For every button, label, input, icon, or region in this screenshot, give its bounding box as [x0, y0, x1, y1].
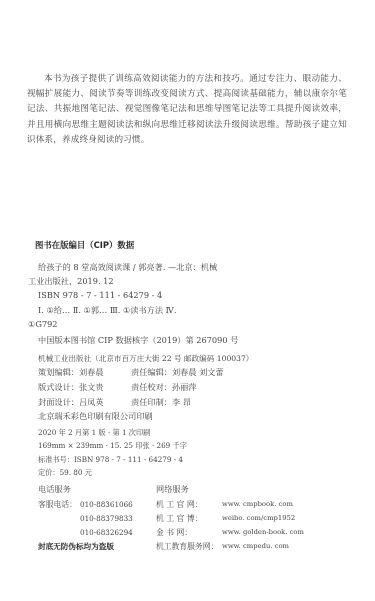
- credit-printing-supervisor: 责任印制：李 昂: [131, 397, 191, 408]
- cip-title-line2: 工业出版社，2019. 12: [28, 276, 114, 287]
- customer-phone-1: 010-88361066: [80, 500, 133, 509]
- web-link-cmpbook[interactable]: www. cmpbook. com: [222, 500, 293, 508]
- edition-print: 2020 年 2 月第 1 版 · 第 1 次印刷: [38, 428, 150, 438]
- credit-responsible-editor: 责任编辑：刘春晨 刘文蕾: [131, 367, 224, 378]
- web-label-cmpbook: 机 工 官 网：: [156, 499, 202, 510]
- credit-planning-editor: 策划编辑：刘春晨: [38, 367, 104, 378]
- web-link-golden-book[interactable]: www. golden-book. com: [222, 528, 304, 536]
- web-label-golden-book: 金 书 网：: [156, 527, 192, 538]
- edition-format: 169mm × 239mm · 15. 25 印张 · 269 千字: [38, 441, 187, 451]
- credit-cover-design: 封面设计：吕凤英: [38, 397, 104, 408]
- credit-proofreader: 责任校对：孙丽萍: [131, 382, 197, 393]
- phone-service-heading: 电话服务: [38, 484, 71, 495]
- cip-record-number: 中国版本图书馆 CIP 数据核字（2019）第 267090 号: [38, 335, 238, 346]
- cip-subjects-line2: ①G792: [28, 319, 58, 329]
- cip-subjects-line1: Ⅰ. ①给… Ⅱ. ①郭… Ⅲ. ①读书方法 Ⅳ.: [38, 305, 176, 316]
- credit-layout-design: 版式设计：张文贵: [38, 382, 104, 393]
- book-description: 本书为孩子提供了训练高效阅读能力的方法和技巧。通过专注力、眼动能力、视幅扩展能力…: [27, 72, 347, 148]
- customer-phone-2: 010-88379833: [80, 514, 133, 523]
- customer-phone-3: 010-68326294: [80, 528, 133, 537]
- printer-line: 北京瑞禾彩色印刷有限公司印刷: [38, 411, 153, 422]
- cip-title-line1: 给孩子的 8 堂高效阅读课 / 郭亮著. —北京：机械: [38, 262, 217, 273]
- web-service-heading: 网络服务: [156, 484, 189, 495]
- web-label-cmpedu: 机工教育服务网：: [156, 541, 218, 552]
- price: 定价：59. 80 元: [38, 468, 92, 478]
- web-label-weibo: 机 工 官 博：: [156, 513, 202, 524]
- anti-piracy-notice: 封底无防伪标均为盗版: [38, 541, 114, 552]
- cip-isbn: ISBN 978 - 7 - 111 - 64279 - 4: [38, 290, 162, 300]
- customer-phone-label: 客服电话：: [38, 499, 77, 510]
- web-link-cmpedu[interactable]: www. cmpedu. com: [222, 542, 289, 550]
- standard-book-number: 标准书号：ISBN 978 - 7 - 111 - 64279 - 4: [38, 455, 183, 465]
- cip-heading: 图书在版编目（CIP）数据: [35, 239, 134, 251]
- web-link-weibo[interactable]: weibo. com/cmp1952: [222, 514, 295, 522]
- publisher-line: 机械工业出版社（北京市百万庄大街 22 号 邮政编码 100037）: [38, 353, 253, 364]
